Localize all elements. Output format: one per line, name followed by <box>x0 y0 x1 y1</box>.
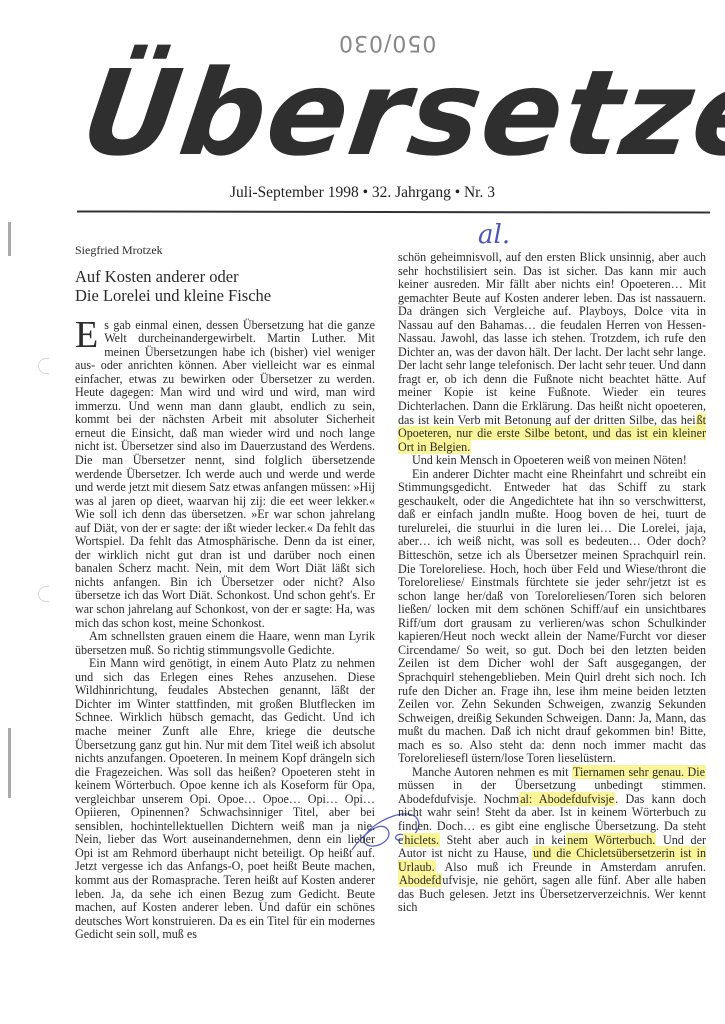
paragraph-text: Also muß ich Freunde in Amsterdam anrufe… <box>436 860 706 874</box>
issue-line: Juli-September 1998 • 32. Jahrgang • Nr.… <box>0 184 725 202</box>
paragraph-text: s gab einmal einen, dessen Übersetzung h… <box>75 318 375 630</box>
scan-edge-mark <box>8 222 11 256</box>
highlighted-text: nem Wörterbuch. <box>566 833 656 847</box>
punch-hole <box>38 586 49 602</box>
paragraph: Und kein Mensch in Opoeteren weiß von me… <box>398 454 706 468</box>
article-title-line1: Auf Kosten anderer oder <box>75 267 239 286</box>
header-rule <box>77 210 710 213</box>
paragraph: Ein Mann wird genötigt, in einem Auto Pl… <box>75 657 375 941</box>
article-right-column: schön geheimnisvoll, auf den ersten Blic… <box>398 251 706 915</box>
paragraph: Es gab einmal einen, dessen Übersetzung … <box>75 319 375 631</box>
scan-edge-mark <box>8 728 11 798</box>
article-left-column: Siegfried Mrotzek Auf Kosten anderer ode… <box>75 244 375 942</box>
paragraph-text: Steht aber auch in kei <box>440 833 566 847</box>
punch-hole <box>38 358 49 374</box>
article-title-line2: Die Lorelei und kleine Fische <box>75 286 271 305</box>
article-title: Auf Kosten anderer oder Die Lorelei und … <box>75 267 375 305</box>
paragraph: Am schnellsten grauen einem die Haare, w… <box>75 630 375 657</box>
highlighted-text: hiclets. <box>403 833 440 847</box>
paragraph-text: ufvisje, nie gehört, sagen alle fünf. Ab… <box>398 873 706 914</box>
drop-cap: E <box>75 320 98 350</box>
article-author: Siegfried Mrotzek <box>75 244 375 258</box>
highlighted-text: Abodefd <box>398 873 442 887</box>
paragraph-text: Manche Autoren nehmen es mit <box>412 765 572 779</box>
paragraph-text: schön geheimnisvoll, auf den ersten Blic… <box>398 250 706 427</box>
handwritten-initials: al. <box>478 220 510 250</box>
highlighted-text: Tiernamen sehr genau. Die <box>572 765 706 779</box>
paragraph: Ein anderer Dichter macht eine Rheinfahr… <box>398 468 706 766</box>
handwritten-number: 050/030 <box>338 30 436 55</box>
paragraph: Manche Autoren nehmen es mit Tiernamen s… <box>398 766 706 915</box>
highlighted-text: al: Abodefdufvisje <box>519 792 615 806</box>
paragraph: schön geheimnisvoll, auf den ersten Blic… <box>398 251 706 454</box>
masthead-title: Übersetzen <box>75 48 725 178</box>
